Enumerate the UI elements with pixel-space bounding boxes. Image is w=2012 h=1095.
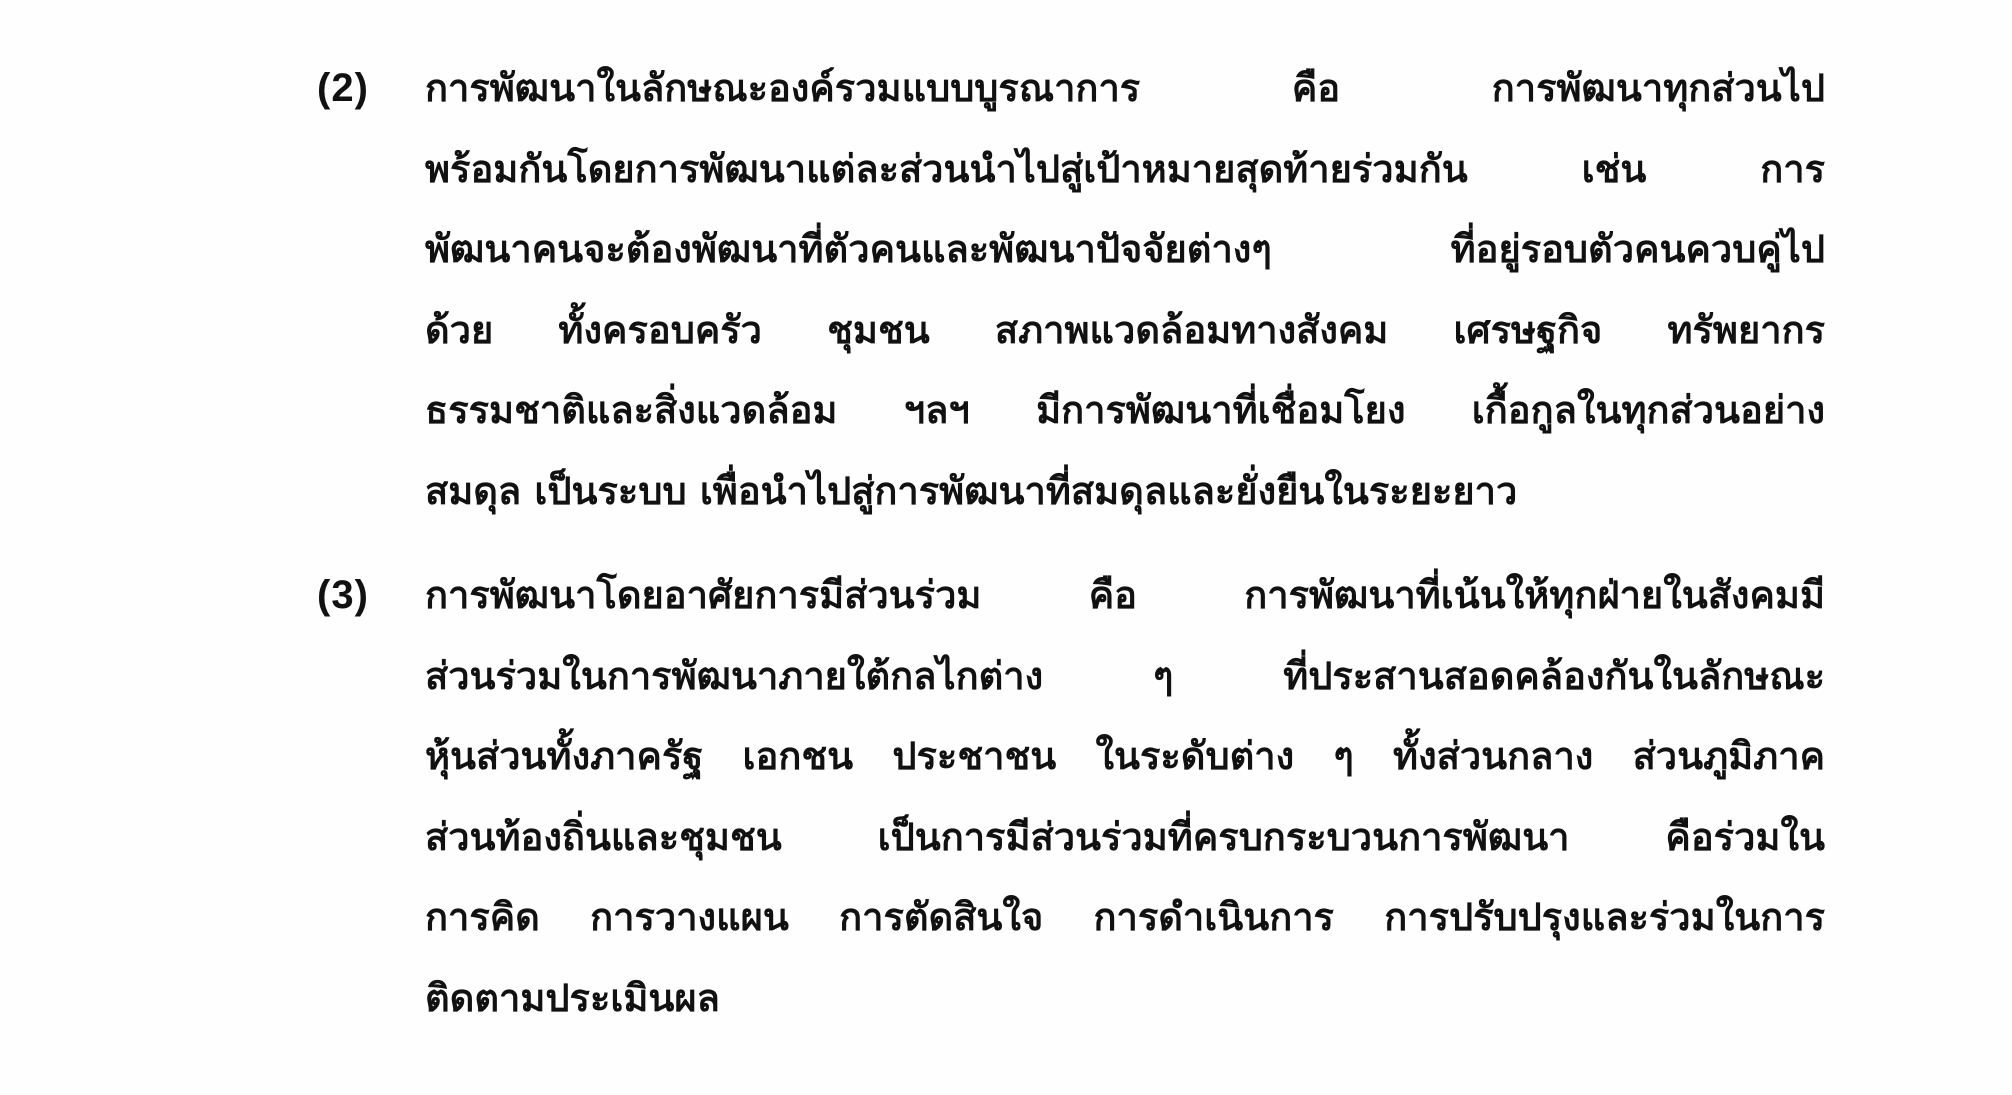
paragraph-line: ส่วนร่วมในการพัฒนาภายใต้กลไกต่าง ๆ ที่ปร… xyxy=(425,636,1825,717)
list-item-3: (3) การพัฒนาโดยอาศัยการมีส่วนร่วม คือ กา… xyxy=(317,555,1825,1038)
paragraph-line: หุ้นส่วนทั้งภาครัฐ เอกชน ประชาชน ในระดับ… xyxy=(425,716,1825,797)
item-paragraph: การพัฒนาในลักษณะองค์รวมแบบบูรณาการ คือ ก… xyxy=(425,48,1825,531)
paragraph-line: ธรรมชาติและสิ่งแวดล้อม ฯลฯ มีการพัฒนาที่… xyxy=(425,370,1825,451)
item-paragraph: การพัฒนาโดยอาศัยการมีส่วนร่วม คือ การพัฒ… xyxy=(425,555,1825,1038)
paragraph-line: การพัฒนาในลักษณะองค์รวมแบบบูรณาการ คือ ก… xyxy=(425,48,1825,129)
paragraph-line: พัฒนาคนจะต้องพัฒนาที่ตัวคนและพัฒนาปัจจัย… xyxy=(425,209,1825,290)
paragraph-line: สมดุล เป็นระบบ เพื่อนำไปสู่การพัฒนาที่สม… xyxy=(425,451,1825,532)
paragraph-line: ส่วนท้องถิ่นและชุมชน เป็นการมีส่วนร่วมที… xyxy=(425,797,1825,878)
paragraph-line: พร้อมกันโดยการพัฒนาแต่ละส่วนนำไปสู่เป้าห… xyxy=(425,129,1825,210)
document-page: (2) การพัฒนาในลักษณะองค์รวมแบบบูรณาการ ค… xyxy=(0,0,2012,1095)
item-marker: (2) xyxy=(317,48,425,128)
paragraph-line: การพัฒนาโดยอาศัยการมีส่วนร่วม คือ การพัฒ… xyxy=(425,555,1825,636)
item-marker: (3) xyxy=(317,555,425,635)
paragraph-line: การคิด การวางแผน การตัดสินใจ การดำเนินกา… xyxy=(425,877,1825,958)
paragraph-line: ด้วย ทั้งครอบครัว ชุมชน สภาพแวดล้อมทางสั… xyxy=(425,290,1825,371)
list-item-2: (2) การพัฒนาในลักษณะองค์รวมแบบบูรณาการ ค… xyxy=(317,48,1825,531)
paragraph-line: ติดตามประเมินผล xyxy=(425,958,1825,1039)
